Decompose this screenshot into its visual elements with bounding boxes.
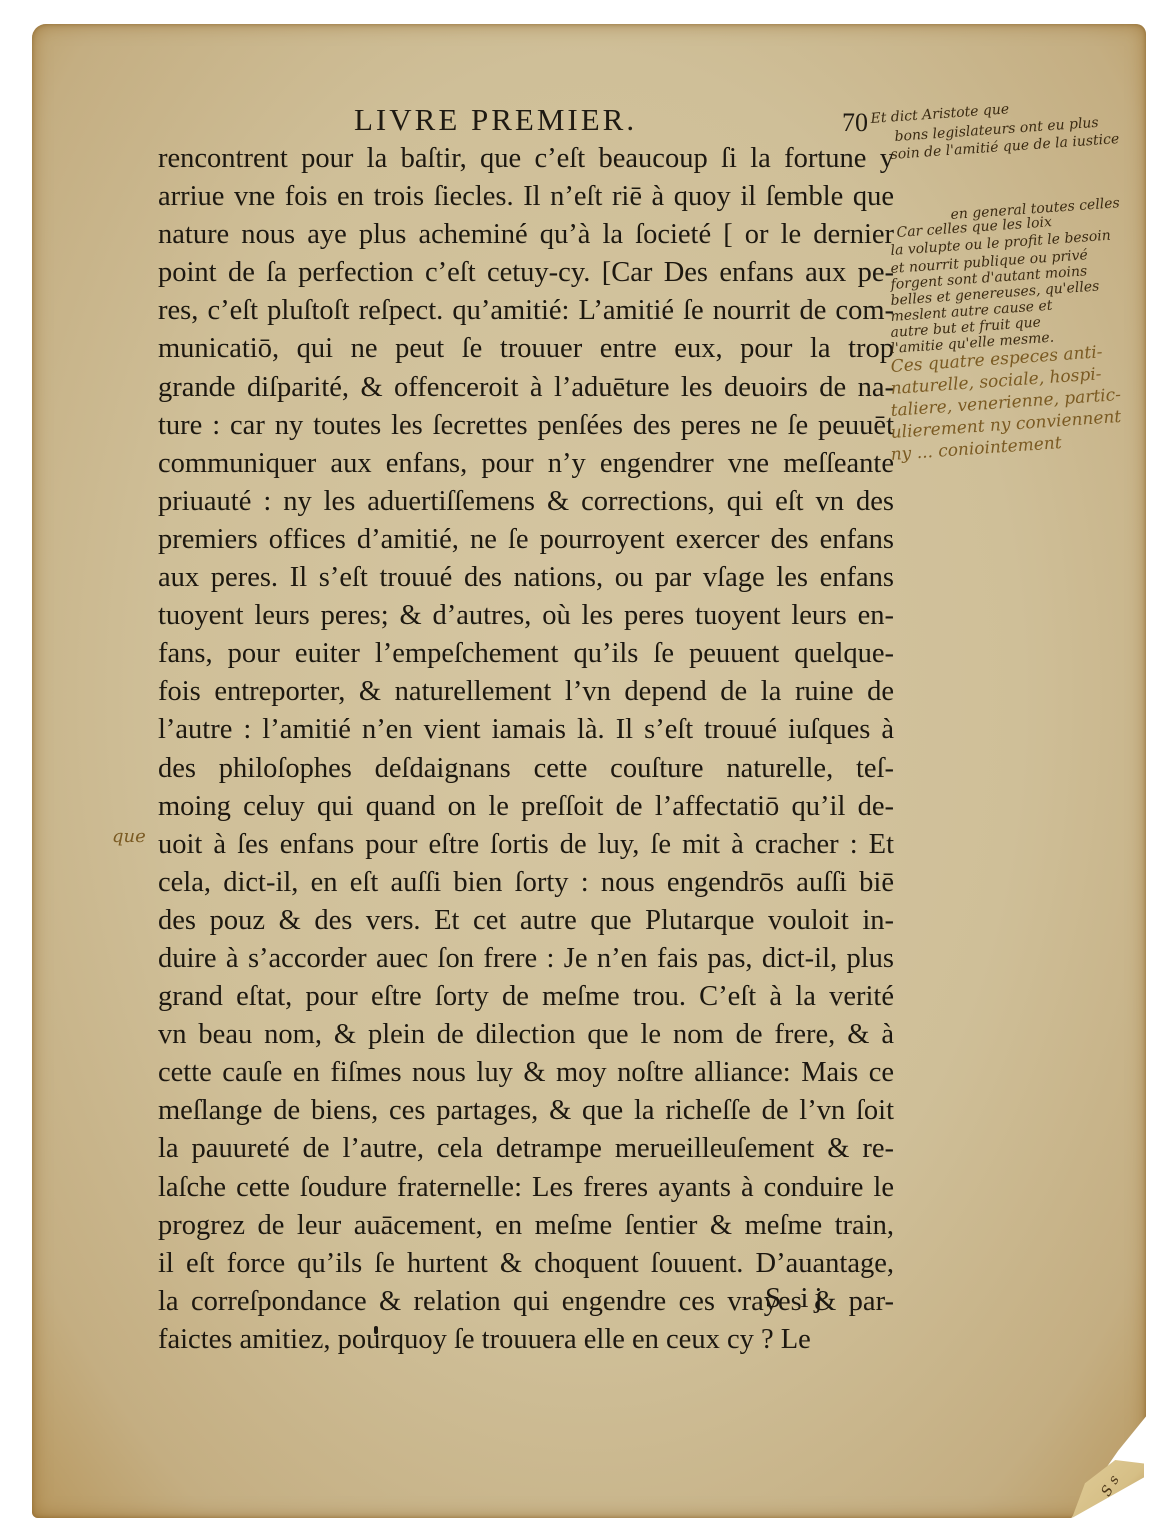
text-line: vn beau nom, & plein de dilection que le… bbox=[158, 1016, 894, 1054]
running-head: LIVRE PREMIER. bbox=[354, 102, 637, 138]
text-line: progrez de leur auācement, en meſme ſent… bbox=[158, 1207, 894, 1245]
text-line: res, c’eſt pluſtoſt reſpect. qu’amitié: … bbox=[158, 292, 894, 330]
text-line: rencontrent pour la baſtir, que c’eſt be… bbox=[158, 140, 894, 178]
ink-dot bbox=[374, 1326, 378, 1334]
text-line: cette cauſe en fiſmes nous luy & moy noſ… bbox=[158, 1054, 894, 1092]
text-line: priuauté : ny les aduertiſſemens & corre… bbox=[158, 483, 894, 521]
text-line: moing celuy qui quand on le preſſoit de … bbox=[158, 788, 894, 826]
text-line: nature nous aye plus acheminé qu’à la ſo… bbox=[158, 216, 894, 254]
text-line: ture : car ny toutes les ſecrettes penſé… bbox=[158, 407, 894, 445]
text-line: aux peres. Il s’eſt trouué des nations, … bbox=[158, 559, 894, 597]
text-line: grande diſparité, & offenceroit à l’aduē… bbox=[158, 369, 894, 407]
body-text: rencontrent pour la baſtir, que c’eſt be… bbox=[158, 140, 894, 1359]
text-line: point de ſa perfection c’eſt cetuy-cy. [… bbox=[158, 254, 894, 292]
text-line: la pauureté de l’autre, cela detrampe me… bbox=[158, 1130, 894, 1168]
text-line: communiquer aux enfans, pour n’y engendr… bbox=[158, 445, 894, 483]
text-line: des pouz & des vers. Et cet autre que Pl… bbox=[158, 902, 894, 940]
text-line: meſlange de biens, ces partages, & que l… bbox=[158, 1092, 894, 1130]
text-line: il eſt force qu’ils ſe hurtent & choquen… bbox=[158, 1245, 894, 1283]
text-line: uoit à ſes enfans pour eſtre ſortis de l… bbox=[158, 826, 894, 864]
margin-note-left: que bbox=[112, 826, 146, 847]
text-line: arriue vne fois en trois ſiecles. Il n’e… bbox=[158, 178, 894, 216]
folio-annotation: 70 bbox=[842, 108, 868, 138]
text-line: laſche cette ſoudure fraternelle: Les fr… bbox=[158, 1169, 894, 1207]
text-line: duire à s’accorder auec ſon frere : Je n… bbox=[158, 940, 894, 978]
text-line: premiers offices d’amitié, ne ſe pourroy… bbox=[158, 521, 894, 559]
text-line: municatiō, qui ne peut ſe trouuer entre … bbox=[158, 330, 894, 368]
text-line: cela, dict-il, en eſt auſſi bien ſorty :… bbox=[158, 864, 894, 902]
text-line: faictes amitiez, pourquoy ſe trouuera el… bbox=[158, 1321, 894, 1359]
text-line: des philoſophes deſdaignans cette couſtu… bbox=[158, 750, 894, 788]
text-line: grand eſtat, pour eſtre ſorty de meſme t… bbox=[158, 978, 894, 1016]
text-line: tuoyent leurs peres; & d’autres, où les … bbox=[158, 597, 894, 635]
text-line: fois entreporter, & naturellement l’vn d… bbox=[158, 673, 894, 711]
text-line: l’autre : l’amitié n’en vient iamais là.… bbox=[158, 711, 894, 749]
text-line: fans, pour euiter l’empeſchement qu’ils … bbox=[158, 635, 894, 673]
signature-mark: S ij bbox=[765, 1282, 829, 1315]
